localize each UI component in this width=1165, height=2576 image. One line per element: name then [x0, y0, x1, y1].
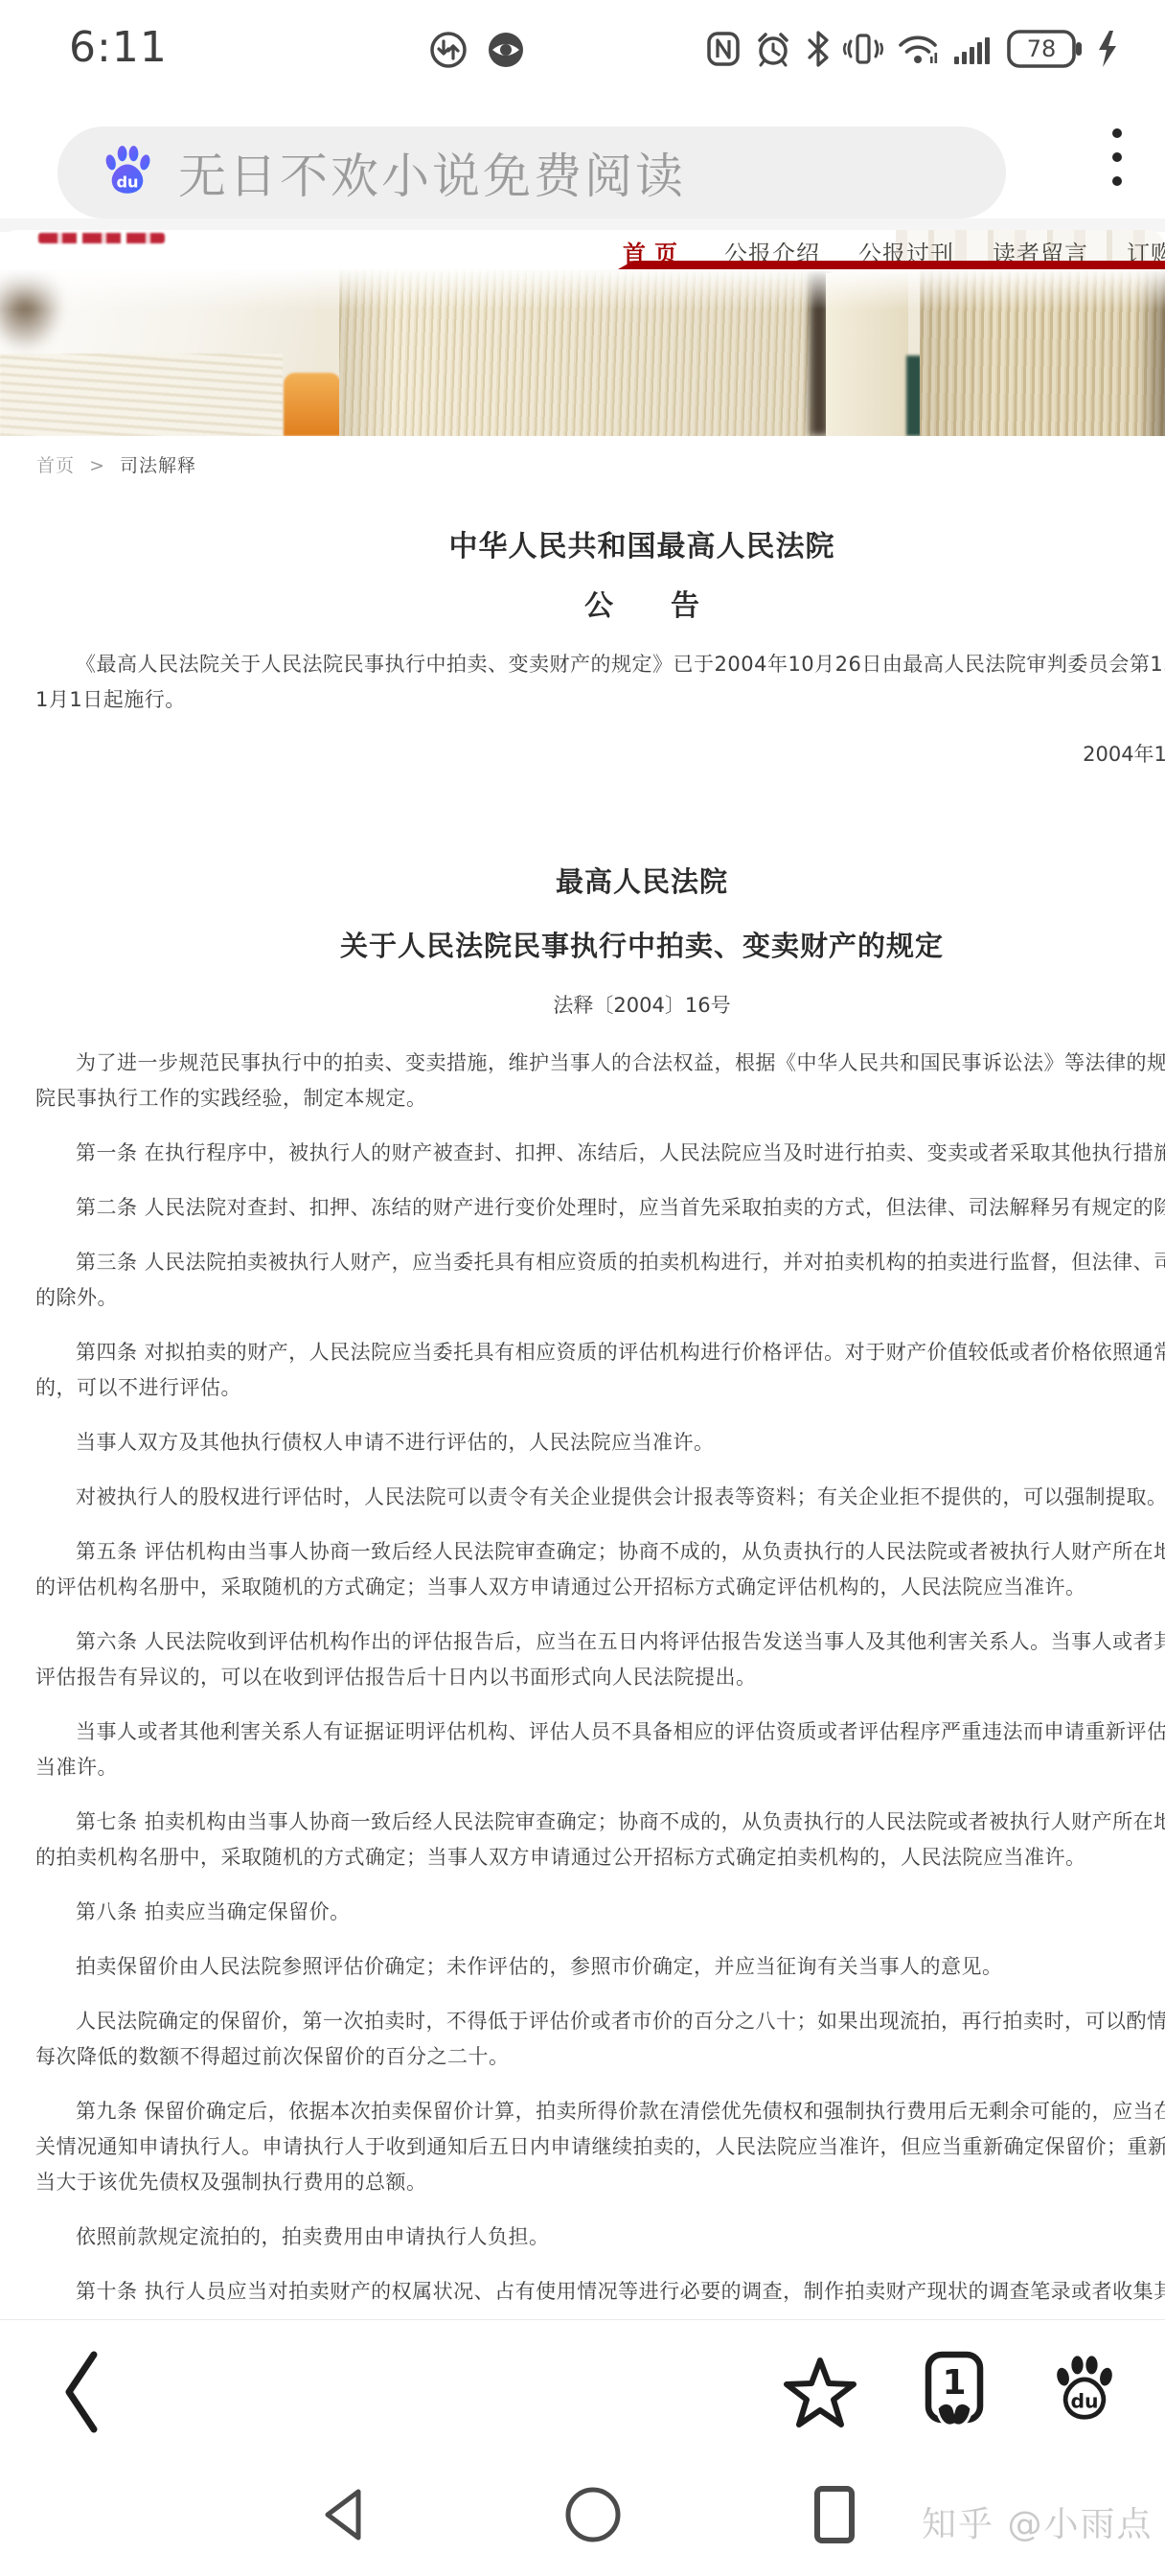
announcement-notice-title: 公 告 — [0, 587, 1165, 626]
doc-line: 的评估机构名册中，采取随机的方式确定；当事人双方申请通过公开招标方式确定评估机构… — [0, 1570, 1165, 1605]
status-right-icons: 78 — [706, 27, 1119, 71]
doc-line: 第九条 保留价确定后，依据本次拍卖保留价计算，拍卖所得价款在清偿优先债权和强制执… — [0, 2094, 1165, 2129]
android-back-button[interactable] — [316, 2484, 370, 2549]
doc-line: 第七条 拍卖机构由当事人协商一致后经人民法院审查确定；协商不成的，从负责执行的人… — [0, 1805, 1165, 1840]
doc-line: 关情况通知申请执行人。申请执行人于收到通知后五日内申请继续拍卖的，人民法院应当准… — [0, 2129, 1165, 2165]
books-banner-image — [0, 269, 1165, 436]
svg-text:78: 78 — [1027, 35, 1057, 62]
doc-line: 第五条 评估机构由当事人协商一致后经人民法院审查确定；协商不成的，从负责执行的人… — [0, 1534, 1165, 1570]
doc-line: 第一条 在执行程序中，被执行人的财产被查封、扣押、冻结后，人民法院应当及时进行拍… — [0, 1136, 1165, 1171]
search-placeholder: 无日不欢小说免费阅读 — [178, 138, 686, 207]
breadcrumb-separator: > — [89, 455, 105, 476]
nfc-icon — [706, 30, 741, 68]
breadcrumb: 首页 > 司法解释 — [36, 451, 1165, 477]
doc-line: 对被执行人的股权进行评估时，人民法院可以责令有关企业提供会计报表等资料；有关企业… — [0, 1480, 1165, 1515]
doc-line: 第三条 人民法院拍卖被执行人财产，应当委托具有相应资质的拍卖机构进行，并对拍卖机… — [0, 1245, 1165, 1280]
doc-line: 人民法院确定的保留价，第一次拍卖时，不得低于评估价或者市价的百分之八十；如果出现… — [0, 2004, 1165, 2039]
doc-line: 院民事执行工作的实践经验，制定本规定。 — [0, 1081, 1165, 1116]
tabs-button[interactable]: 1 — [916, 2349, 993, 2435]
doc-line: 的除外。 — [0, 1280, 1165, 1316]
watermark-text: 知乎 @小雨点 — [922, 2497, 1153, 2546]
doc-line: 第四条 对拟拍卖的财产，人民法院应当委托具有相应资质的评估机构进行价格评估。对于… — [0, 1335, 1165, 1370]
baidu-paw-icon: du — [102, 145, 153, 200]
regulation-org-title: 最高人民法院 — [0, 862, 1165, 901]
alarm-icon — [753, 29, 793, 69]
doc-line: 每次降低的数额不得超过前次保留价的百分之二十。 — [0, 2039, 1165, 2075]
android-home-button[interactable] — [562, 2484, 624, 2549]
bluetooth-icon — [806, 30, 831, 68]
android-navigation-bar: 知乎 @小雨点 — [0, 2453, 1165, 2576]
document-body: 中华人民共和国最高人民法院 公 告 《最高人民法院关于人民法院民事执行中拍卖、变… — [0, 528, 1165, 2319]
search-bar[interactable]: du 无日不欢小说免费阅读 — [57, 126, 1006, 218]
doc-line: 当大于该优先债权及强制执行费用的总额。 — [0, 2165, 1165, 2200]
doc-line: 第六条 人民法院收到评估机构作出的评估报告后，应当在五日内将评估报告发送当事人及… — [0, 1624, 1165, 1660]
doc-line: 第十条 执行人员应当对拍卖财产的权属状况、占有使用情况等进行必要的调查，制作拍卖… — [0, 2274, 1165, 2310]
announcement-court-title: 中华人民共和国最高人民法院 — [0, 528, 1165, 566]
doc-line: 当准许。 — [0, 1750, 1165, 1785]
doc-line: 第二条 人民法院对查封、扣押、冻结的财产进行变价处理时，应当首先采取拍卖的方式，… — [0, 1190, 1165, 1226]
nav-red-bar — [618, 261, 1165, 269]
doc-line: 为了进一步规范民事执行中的拍卖、变卖措施，维护当事人的合法权益，根据《中华人民共… — [0, 1046, 1165, 1081]
svg-text:du: du — [116, 172, 138, 191]
browser-search-row: du 无日不欢小说免费阅读 — [0, 96, 1165, 218]
announcement-date: 2004年11月15日 — [0, 737, 1165, 772]
doc-line: 的拍卖机构名册中，采取随机的方式确定；当事人双方申请通过公开招标方式确定拍卖机构… — [0, 1840, 1165, 1875]
browser-toolbar: 1 du — [0, 2319, 1165, 2453]
regulation-title: 关于人民法院民事执行中拍卖、变卖财产的规定 — [0, 927, 1165, 965]
android-recents-button[interactable] — [810, 2484, 859, 2549]
doc-line: 拍卖保留价由人民法院参照评估价确定；未作评估的，参照市价确定，并应当征询有关当事… — [0, 1949, 1165, 1985]
breadcrumb-home[interactable]: 首页 — [36, 455, 75, 476]
status-bar: 6:11 — [0, 0, 1165, 96]
signal-icon — [952, 30, 994, 68]
data-saver-icon — [427, 29, 469, 71]
breadcrumb-current: 司法解释 — [120, 455, 196, 476]
browser-viewport: 首页公报介绍公报过刊读者留言订购 首页 > 司法解释 中华人民共和国最高人民法院… — [0, 230, 1165, 2319]
eye-protection-icon — [485, 29, 527, 71]
vibrate-icon — [843, 30, 883, 68]
status-center-icons — [427, 29, 527, 71]
wifi-icon — [896, 30, 940, 68]
doc-line: 依照前款规定流拍的，拍卖费用由申请执行人负担。 — [0, 2219, 1165, 2255]
doc-line: 《最高人民法院关于人民法院民事执行中拍卖、变卖财产的规定》已于2004年10月2… — [0, 647, 1165, 682]
phone-screen: 6:11 — [0, 0, 1165, 2576]
regulation-doc-number: 法释〔2004〕16号 — [0, 991, 1165, 1020]
charging-icon — [1096, 29, 1119, 69]
svg-text:1: 1 — [942, 2363, 966, 2403]
back-button[interactable] — [61, 2349, 102, 2439]
status-time: 6:11 — [69, 23, 168, 72]
baidu-home-button[interactable]: du — [1052, 2353, 1117, 2426]
regulation-paragraphs: 为了进一步规范民事执行中的拍卖、变卖措施，维护当事人的合法权益，根据《中华人民共… — [0, 1046, 1165, 2319]
doc-line: 当事人或者其他利害关系人有证据证明评估机构、评估人员不具备相应的评估资质或者评估… — [0, 1714, 1165, 1750]
announcement-paragraphs: 《最高人民法院关于人民法院民事执行中拍卖、变卖财产的规定》已于2004年10月2… — [0, 647, 1165, 718]
doc-line: 第八条 拍卖应当确定保留价。 — [0, 1895, 1165, 1930]
doc-line: 1月1日起施行。 — [0, 682, 1165, 718]
svg-text:du: du — [1070, 2390, 1098, 2413]
overflow-menu-button[interactable] — [1098, 115, 1136, 199]
doc-line: 评估报告有异议的，可以在收到评估报告后十日内以书面形式向人民法院提出。 — [0, 1660, 1165, 1695]
site-nav-bar: 首页公报介绍公报过刊读者留言订购 — [0, 230, 1165, 269]
battery-indicator: 78 — [1007, 27, 1084, 71]
bookmark-star-button[interactable] — [782, 2355, 858, 2435]
masthead-fragment — [38, 233, 165, 243]
doc-line: 的，可以不进行评估。 — [0, 1370, 1165, 1406]
doc-line: 当事人双方及其他执行债权人申请不进行评估的，人民法院应当准许。 — [0, 1425, 1165, 1460]
